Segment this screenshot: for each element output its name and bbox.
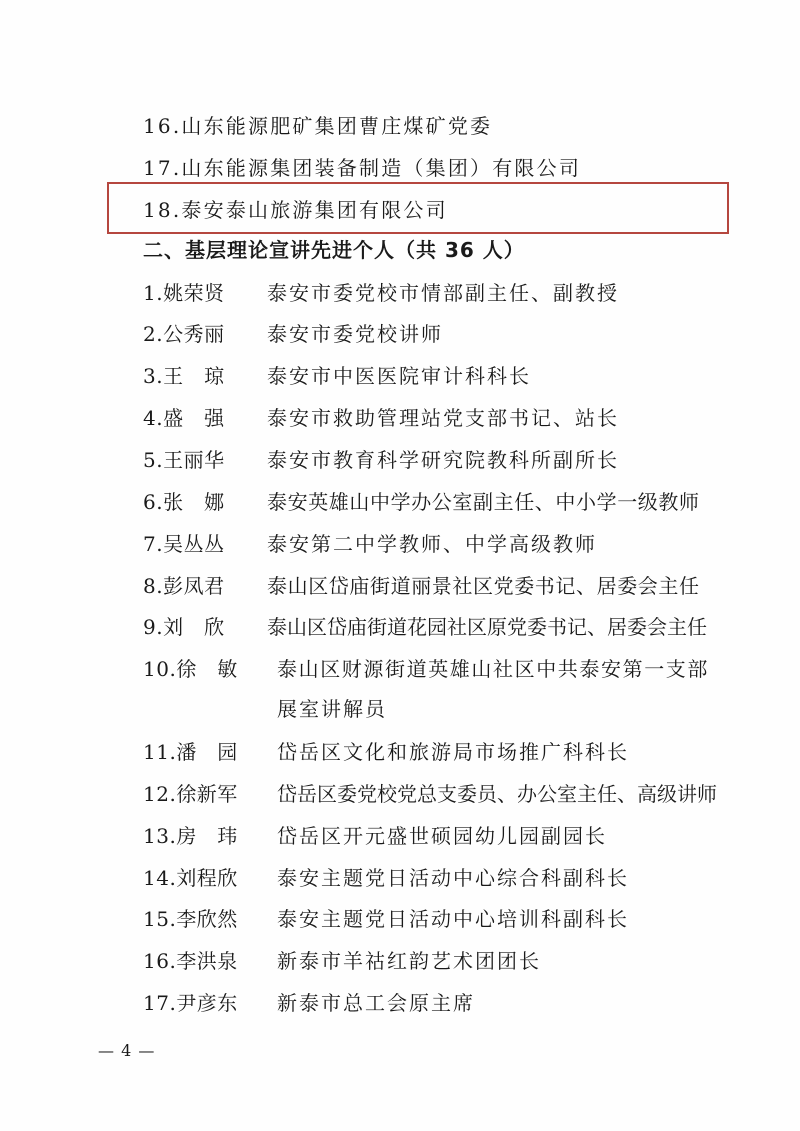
section-heading: 二、基层理论宣讲先进个人（共 36 人） <box>143 236 525 264</box>
person-title: 泰安市委党校讲师 <box>267 320 443 348</box>
person-name: 10.徐 敏 <box>143 655 238 683</box>
org-number: 16. <box>143 114 181 138</box>
person-title: 泰安主题党日活动中心培训科副科长 <box>277 905 629 933</box>
person-name: 16.李洪泉 <box>143 947 238 975</box>
person-title: 岱岳区委党校党总支委员、办公室主任、高级讲师 <box>277 780 717 808</box>
org-item-16: 16.山东能源肥矿集团曹庄煤矿党委 <box>143 112 492 140</box>
org-item-18-highlighted: 18.泰安泰山旅游集团有限公司 <box>143 196 448 224</box>
person-title: 泰山区岱庙街道丽景社区党委书记、居委会主任 <box>267 572 700 600</box>
org-item-17: 17.山东能源集团装备制造（集团）有限公司 <box>143 154 581 182</box>
org-name: 山东能源肥矿集团曹庄煤矿党委 <box>181 114 492 138</box>
person-name: 4.盛 强 <box>143 404 225 432</box>
person-title: 泰山区财源街道英雄山社区中共泰安第一支部 <box>277 655 709 683</box>
org-number: 17. <box>143 156 181 180</box>
person-name: 15.李欣然 <box>143 905 238 933</box>
person-name: 9.刘 欣 <box>143 613 225 641</box>
person-title: 泰安市救助管理站党支部书记、站长 <box>267 404 619 432</box>
person-name: 3.王 琼 <box>143 362 225 390</box>
org-name: 泰安泰山旅游集团有限公司 <box>181 198 447 222</box>
person-name: 12.徐新军 <box>143 780 238 808</box>
person-name: 17.尹彦东 <box>143 989 238 1017</box>
person-title: 泰安市委党校市情部副主任、副教授 <box>267 279 619 307</box>
person-title: 泰安市教育科学研究院教科所副所长 <box>267 446 619 474</box>
person-title: 泰安英雄山中学办公室副主任、中小学一级教师 <box>267 488 700 516</box>
person-title: 岱岳区开元盛世硕园幼儿园副园长 <box>277 822 607 850</box>
person-name: 2.公秀丽 <box>143 320 225 348</box>
person-name: 6.张 娜 <box>143 488 225 516</box>
document-page: 16.山东能源肥矿集团曹庄煤矿党委 17.山东能源集团装备制造（集团）有限公司 … <box>0 0 800 1131</box>
org-name: 山东能源集团装备制造（集团）有限公司 <box>181 156 581 180</box>
person-name: 7.吴丛丛 <box>143 530 225 558</box>
org-number: 18. <box>143 198 181 222</box>
person-title: 泰安主题党日活动中心综合科副科长 <box>277 864 629 892</box>
person-name: 1.姚荣贤 <box>143 279 225 307</box>
person-name: 5.王丽华 <box>143 446 225 474</box>
person-title: 泰山区岱庙街道花园社区原党委书记、居委会主任 <box>267 613 707 641</box>
person-name: 8.彭凤君 <box>143 572 225 600</box>
person-title: 新泰市羊祜红韵艺术团团长 <box>277 947 541 975</box>
person-title: 岱岳区文化和旅游局市场推广科科长 <box>277 738 629 766</box>
page-number: — 4 — <box>98 1040 155 1062</box>
person-title-continued: 展室讲解员 <box>277 695 387 723</box>
person-title: 泰安第二中学教师、中学高级教师 <box>267 530 597 558</box>
person-name: 14.刘程欣 <box>143 864 238 892</box>
person-name: 13.房 玮 <box>143 822 238 850</box>
person-title: 新泰市总工会原主席 <box>277 989 475 1017</box>
person-name: 11.潘 园 <box>143 738 238 766</box>
person-title: 泰安市中医医院审计科科长 <box>267 362 531 390</box>
